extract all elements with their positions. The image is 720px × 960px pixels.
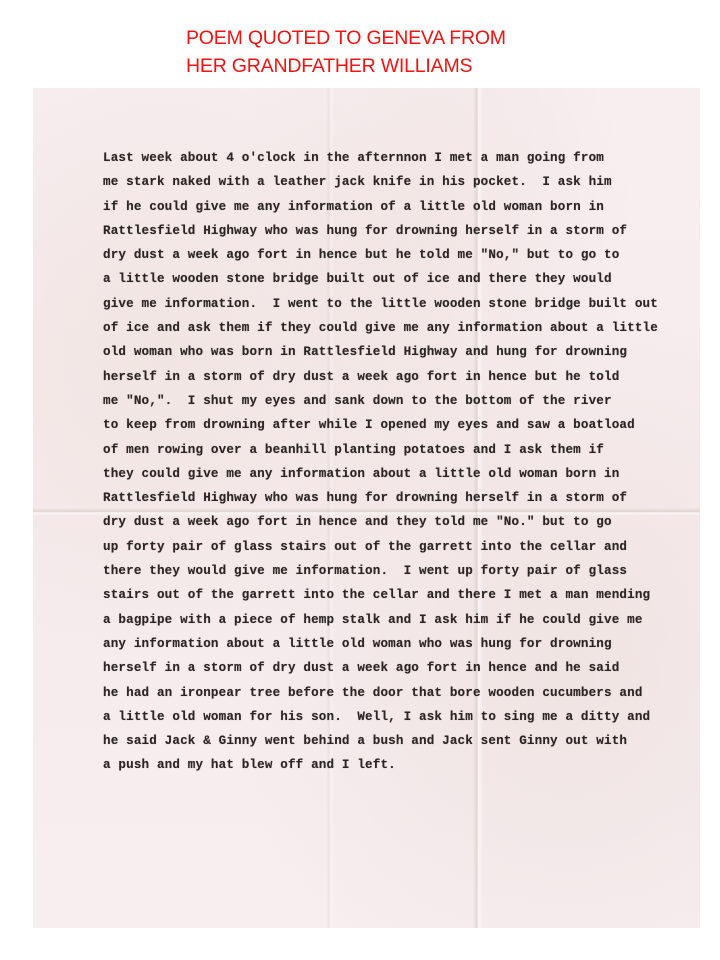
text-line: to keep from drowning after while I open… <box>103 413 700 437</box>
text-line: he said Jack & Ginny went behind a bush … <box>103 729 700 753</box>
caption-title: POEM QUOTED TO GENEVA FROM HER GRANDFATH… <box>186 24 606 80</box>
text-line: any information about a little old woman… <box>103 632 700 656</box>
poem-text: Last week about 4 o'clock in the afternn… <box>103 146 700 778</box>
text-line: a little wooden stone bridge built out o… <box>103 267 700 291</box>
text-line: Rattlesfield Highway who was hung for dr… <box>103 486 700 510</box>
text-line: herself in a storm of dry dust a week ag… <box>103 365 700 389</box>
caption-line-2: HER GRANDFATHER WILLIAMS <box>186 52 606 80</box>
text-line: old woman who was born in Rattlesfield H… <box>103 340 700 364</box>
text-line: of ice and ask them if they could give m… <box>103 316 700 340</box>
text-line: stairs out of the garrett into the cella… <box>103 583 700 607</box>
text-line: up forty pair of glass stairs out of the… <box>103 535 700 559</box>
text-line: a bagpipe with a piece of hemp stalk and… <box>103 608 700 632</box>
text-line: dry dust a week ago fort in hence but he… <box>103 243 700 267</box>
text-line: Last week about 4 o'clock in the afternn… <box>103 146 700 170</box>
typewritten-letter: Last week about 4 o'clock in the afternn… <box>33 88 700 928</box>
text-line: a little old woman for his son. Well, I … <box>103 705 700 729</box>
caption-line-1: POEM QUOTED TO GENEVA FROM <box>186 24 606 52</box>
text-line: a push and my hat blew off and I left. <box>103 753 700 777</box>
text-line: they could give me any information about… <box>103 462 700 486</box>
text-line: of men rowing over a beanhill planting p… <box>103 438 700 462</box>
text-line: herself in a storm of dry dust a week ag… <box>103 656 700 680</box>
text-line: there they would give me information. I … <box>103 559 700 583</box>
text-line: me stark naked with a leather jack knife… <box>103 170 700 194</box>
text-line: me "No,". I shut my eyes and sank down t… <box>103 389 700 413</box>
text-line: dry dust a week ago fort in hence and th… <box>103 510 700 534</box>
text-line: give me information. I went to the littl… <box>103 292 700 316</box>
text-line: Rattlesfield Highway who was hung for dr… <box>103 219 700 243</box>
text-line: if he could give me any information of a… <box>103 195 700 219</box>
text-line: he had an ironpear tree before the door … <box>103 681 700 705</box>
